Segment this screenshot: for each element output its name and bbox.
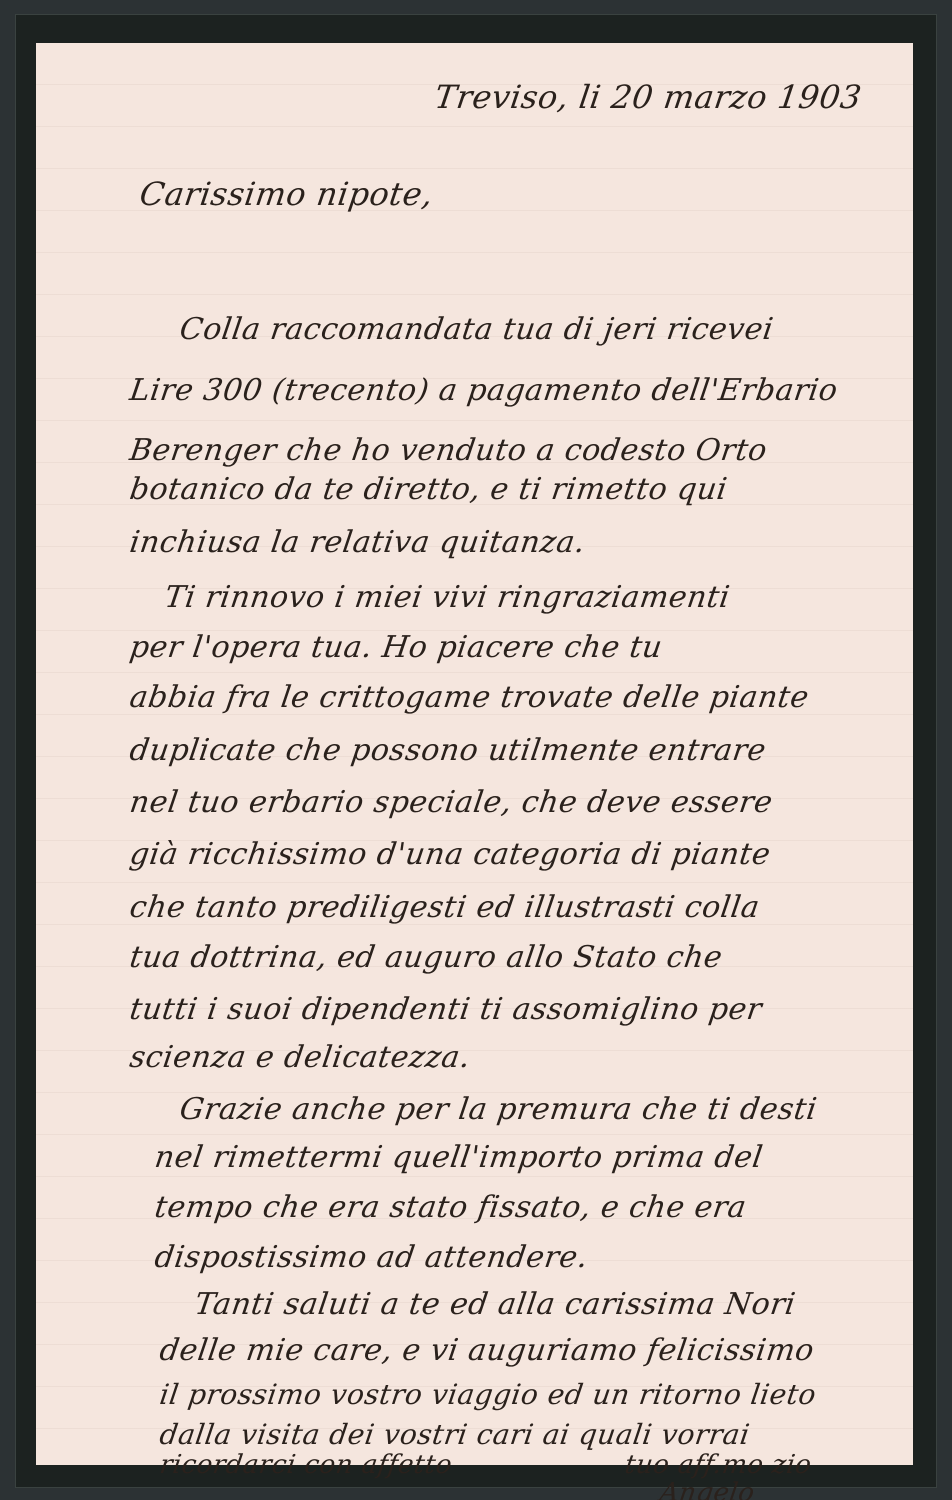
letter-line: ricordarci con affetto xyxy=(158,1450,454,1480)
letter-line: che tanto prediligesti ed illustrasti co… xyxy=(128,890,762,925)
letter-line: il prossimo vostro viaggio ed un ritorno… xyxy=(158,1378,819,1411)
salutation: Carissimo nipote, xyxy=(137,175,435,213)
letter-line: abbia fra le crittogame trovate delle pi… xyxy=(128,680,812,715)
letter-line: già ricchissimo d'una categoria di piant… xyxy=(128,837,773,872)
letter-line: Berenger che ho venduto a codesto Orto xyxy=(128,433,770,468)
letter-line: botanico da te diretto, e ti rimetto qui xyxy=(128,472,730,507)
letter-line: Colla raccomandata tua di jeri ricevei xyxy=(178,312,776,347)
letter-line: Lire 300 (trecento) a pagamento dell'Erb… xyxy=(128,373,840,408)
closing: tuo aff.mo zio xyxy=(623,1450,814,1480)
letter-line: duplicate che possono utilmente entrare xyxy=(128,733,769,768)
letter-line: Tanti saluti a te ed alla carissima Nori xyxy=(193,1287,798,1322)
letter-line: delle mie care, e vi auguriamo felicissi… xyxy=(158,1333,817,1368)
letter-line: Ti rinnovo i miei vivi ringraziamenti xyxy=(163,580,733,615)
signature: Angelo xyxy=(658,1478,757,1500)
letter-line: dalla visita dei vostri cari ai quali vo… xyxy=(158,1418,752,1451)
letter-line: dispostissimo ad attendere. xyxy=(153,1240,591,1275)
letter-line: tempo che era stato fissato, e che era xyxy=(153,1190,749,1225)
letter-line: scienza e delicatezza. xyxy=(128,1040,473,1075)
letter-line: tua dottrina, ed auguro allo Stato che xyxy=(128,940,725,975)
letter-line: inchiusa la relativa quitanza. xyxy=(128,525,588,560)
letter-line: Grazie anche per la premura che ti desti xyxy=(178,1092,820,1127)
letter-line: nel tuo erbario speciale, che deve esser… xyxy=(128,785,775,820)
dateline: Treviso, li 20 marzo 1903 xyxy=(432,78,864,116)
letter-line: tutti i suoi dipendenti ti assomiglino p… xyxy=(128,992,765,1027)
letter-line: per l'opera tua. Ho piacere che tu xyxy=(128,630,665,665)
letter-line: nel rimettermi quell'importo prima del xyxy=(153,1140,766,1175)
